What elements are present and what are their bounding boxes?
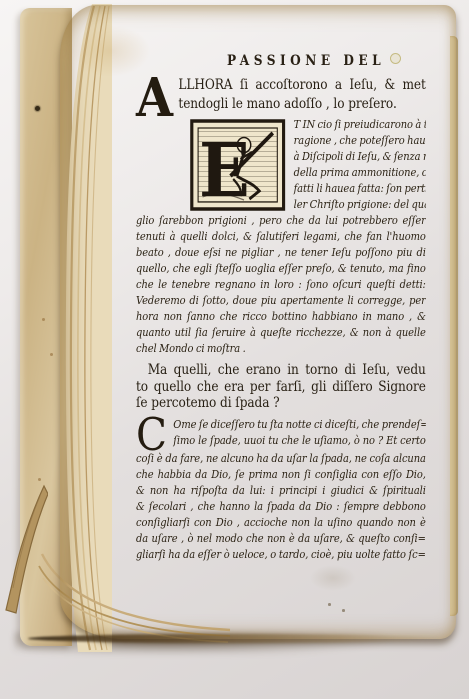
- text-line: ſimo le ſpade, uuoi tu che le uſiamo, ò …: [173, 433, 426, 449]
- text-line: Ome ſe diceſſero tu ſta notte ci diceſti…: [173, 417, 426, 433]
- book-page: PASSIONE DEL A LLHORA ſi accoſtorono a I…: [60, 5, 456, 639]
- woodcut-initial-e: E: [190, 119, 285, 211]
- text-line: Vederemo di ſotto, doue piu apertamente …: [136, 293, 426, 309]
- wormhole-mark: [35, 106, 40, 111]
- text-line: quanto util ſia ſeruire à queſte ricchez…: [136, 325, 426, 341]
- running-header: PASSIONE DEL: [136, 53, 426, 69]
- text-line: che le tenebre regnano in loro : ſono oſ…: [136, 277, 426, 293]
- text-line: to quello che era per farſi, gli diſſero…: [136, 379, 426, 396]
- commentary-paragraph-2: C Ome ſe diceſſero tu ſta notte ci diceſ…: [136, 417, 426, 563]
- text-line: tendogli le mano adoſſo , lo preſero.: [178, 95, 425, 114]
- text-line: LLHORA ſi accoſtorono a Ieſu, & met: [178, 76, 425, 95]
- text-line: tenuti à quelli dolci, & ſalutiferi lega…: [136, 229, 426, 245]
- text-line: ler Chriſto prigione: del quale eſsi me: [294, 197, 426, 213]
- text-line: gliarſi ha da eſſer ò ueloce, o tardo, c…: [136, 547, 426, 563]
- woodcut-letter: E: [199, 127, 250, 211]
- text-line: & ſecolari , che hanno la ſpada da Dio :…: [136, 499, 426, 515]
- text-line: hora non ſanno che ricco bottino habbian…: [136, 309, 426, 325]
- text-line: glio ſarebbon prigioni , pero che da lui…: [136, 213, 426, 229]
- foxing-speck: [42, 318, 45, 321]
- text-line: da uſare , ò nel modo che non è da uſare…: [136, 531, 426, 547]
- text-line: quello, che egli ſteſſo uoglia eſſer pre…: [136, 261, 426, 277]
- text-line: chel Mondo ci moſtra .: [136, 341, 426, 357]
- text-line: ſe percotemo di ſpada ?: [136, 395, 426, 412]
- text-line: fatti li hauea fatta: ſon pertinaci in u…: [294, 181, 426, 197]
- drop-cap-a: A: [136, 78, 173, 118]
- foxing-speck: [38, 478, 41, 481]
- commentary-paragraph-1: E T IN cio ſi preiudicarono à tutta la r…: [136, 117, 426, 357]
- narrative-paragraph: Ma quelli, che erano in torno di Ieſu, v…: [136, 362, 426, 412]
- text-line: ragione , che poteſſero hauere contra: [294, 133, 426, 149]
- drop-cap-c: C: [136, 418, 167, 451]
- text-line: à Diſcipoli di Ieſu, & ſenza riguardo: [294, 149, 426, 165]
- faint-smudge: [310, 565, 356, 591]
- text-line: Ma quelli, che erano in torno di Ieſu, v…: [136, 362, 426, 379]
- text-line: T IN cio ſi preiudicarono à tutta la: [294, 117, 426, 133]
- book-photograph: PASSIONE DEL A LLHORA ſi accoſtorono a I…: [0, 0, 469, 699]
- text-line: che habbia da Dio, ſe prima non ſi conſi…: [136, 467, 426, 483]
- ink-speck: [328, 603, 331, 606]
- ink-speck: [342, 609, 345, 612]
- bottom-edge-shadow: [28, 634, 448, 643]
- text-line: & non ha riſpoſta da lui: i principi i g…: [136, 483, 426, 499]
- opening-paragraph: A LLHORA ſi accoſtorono a Ieſu, & met te…: [136, 76, 426, 114]
- text-line: beato , doue eſsi ne pigliar , ne tener …: [136, 245, 426, 261]
- text-line: della prima ammonitione, che Ieſu con: [294, 165, 426, 181]
- text-line: conſigliarſi con Dio , accioche non la u…: [136, 515, 426, 531]
- text-block: PASSIONE DEL A LLHORA ſi accoſtorono a I…: [136, 49, 426, 563]
- text-line: coſi è da fare, ne alcuno ha da uſar la …: [136, 451, 426, 467]
